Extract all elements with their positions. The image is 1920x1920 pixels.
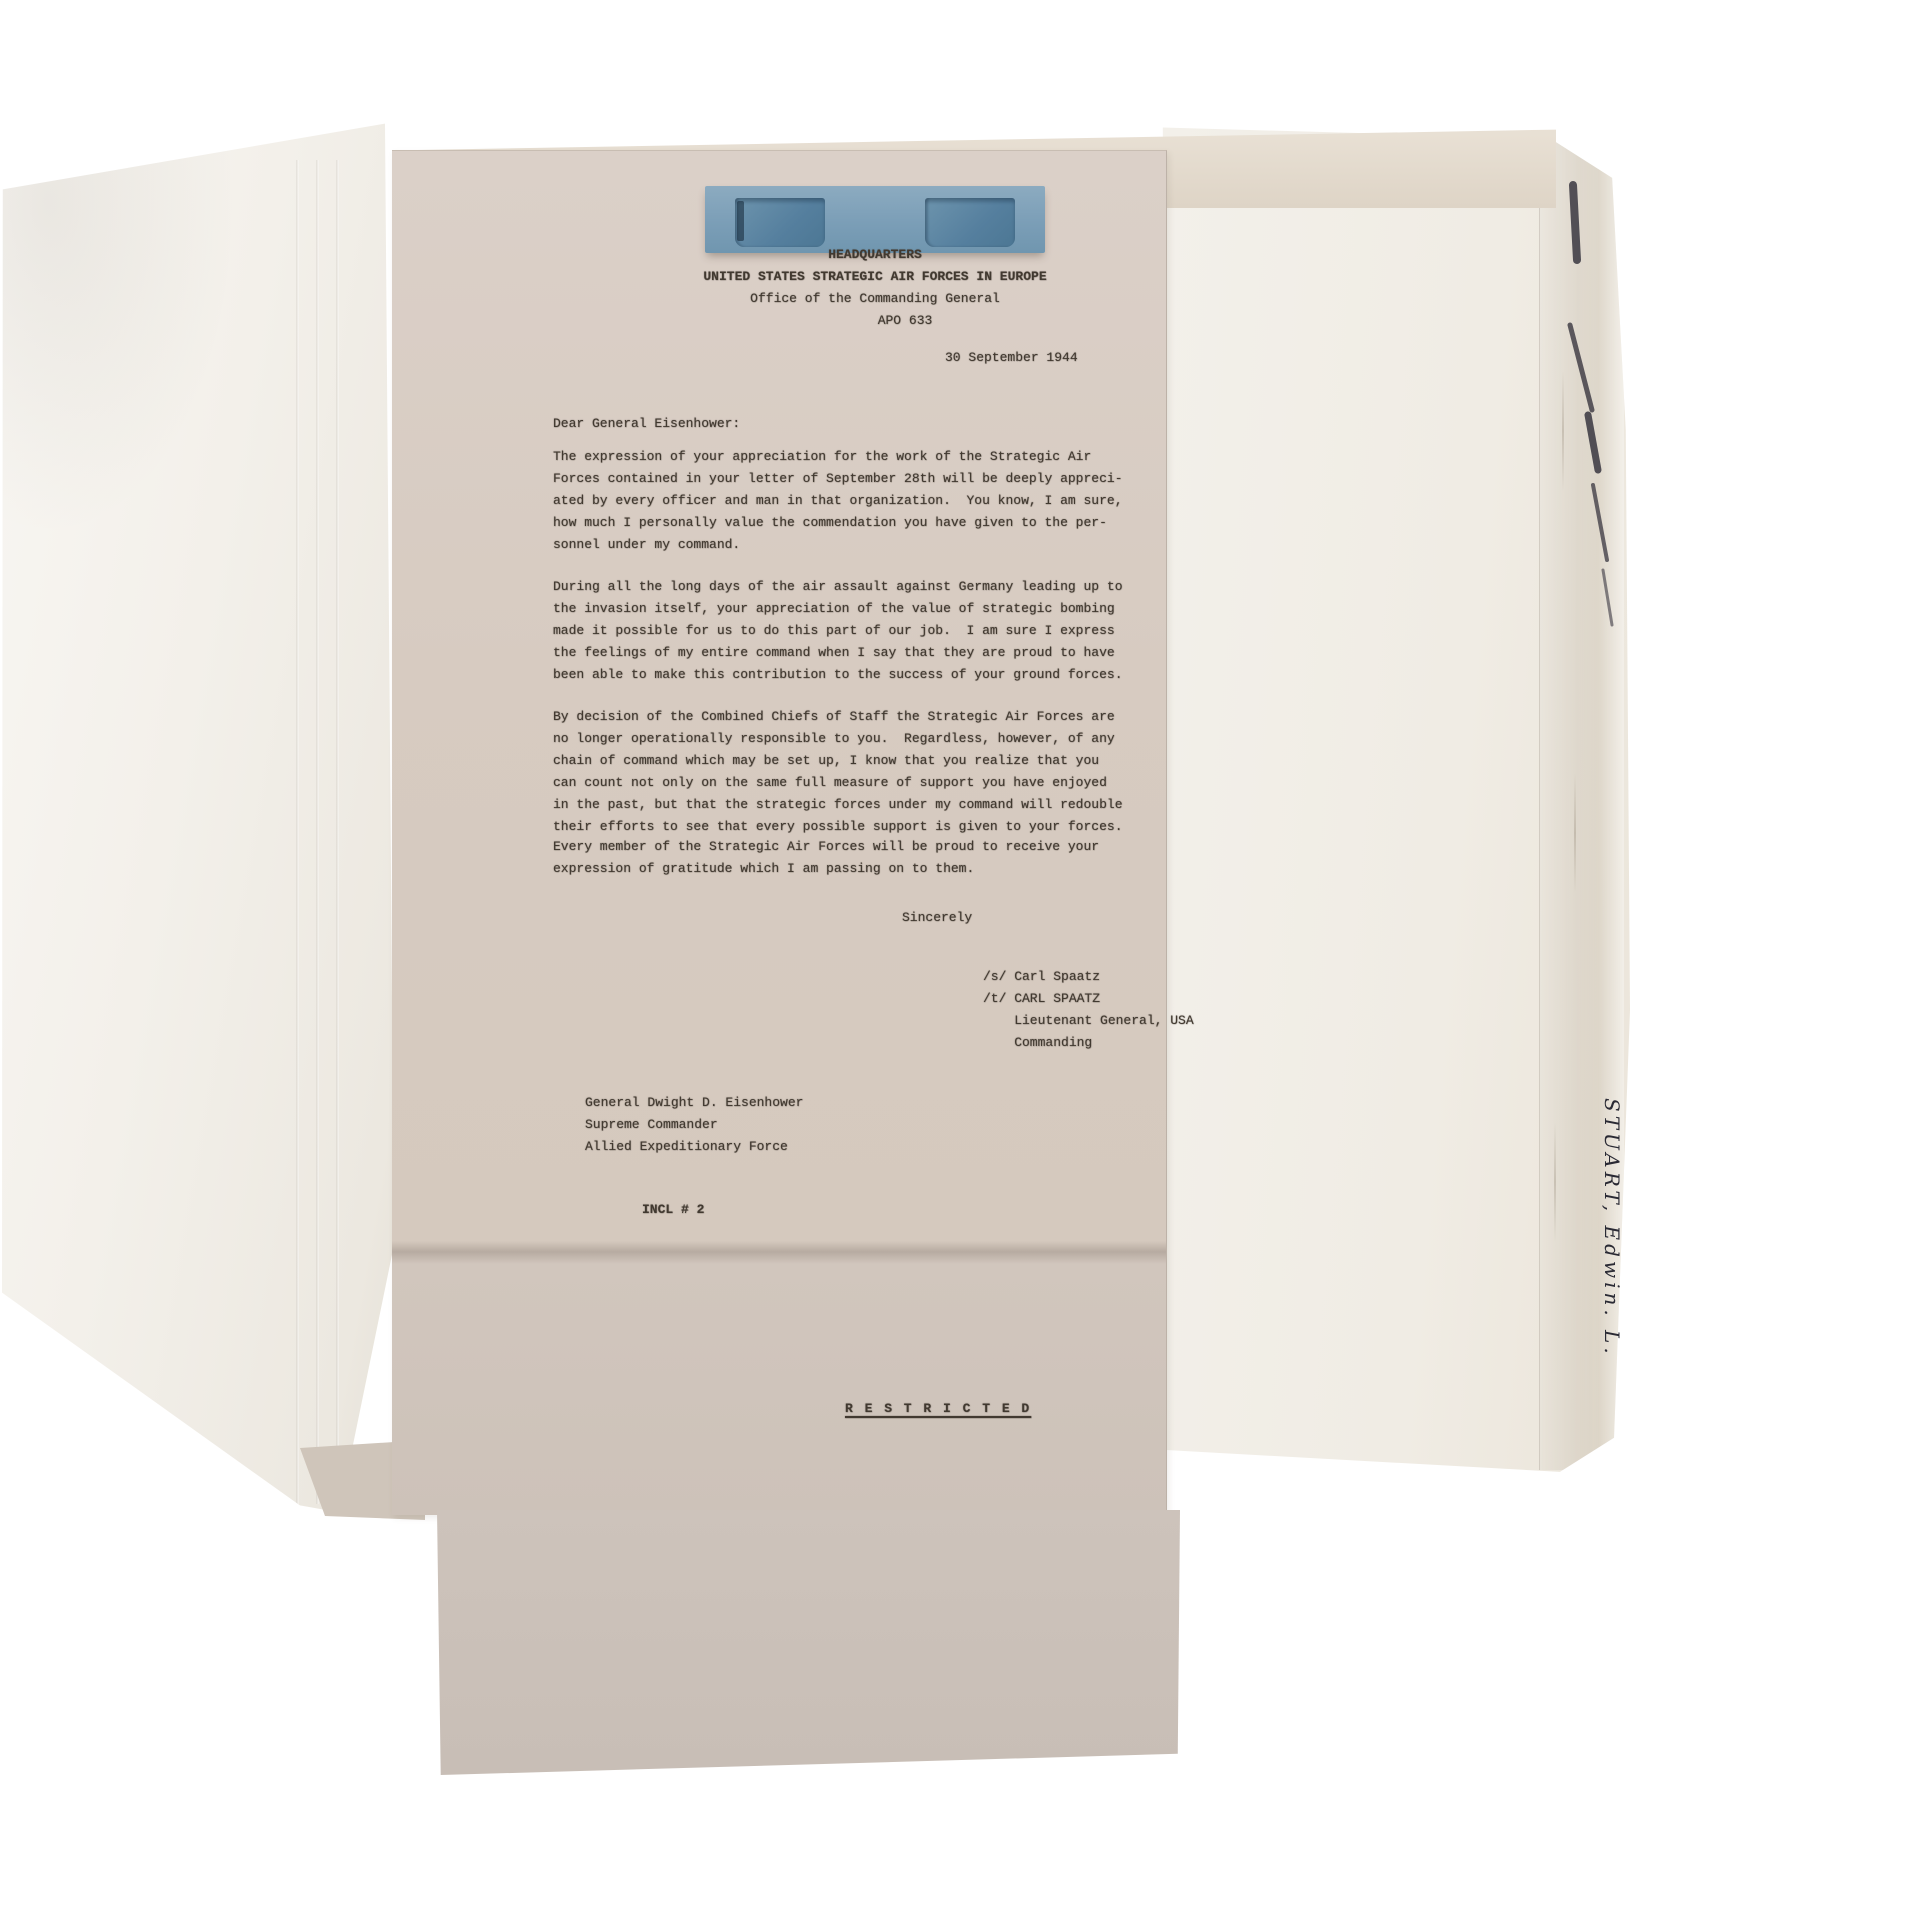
body-paragraph: Every member of the Strategic Air Forces… xyxy=(553,836,1099,880)
document-photo: STUART, Edwin. L. HEADQUARTERS UNITED ST… xyxy=(0,0,1920,1920)
enclosure-note: INCL # 2 xyxy=(642,1199,704,1221)
letterhead-line-2: UNITED STATES STRATEGIC AIR FORCES IN EU… xyxy=(575,266,1175,288)
salutation: Dear General Eisenhower: xyxy=(553,413,740,435)
crinkle-line xyxy=(1554,1122,1556,1242)
folder-left-flap xyxy=(2,118,394,1518)
letterhead-line-3: Office of the Commanding General xyxy=(575,288,1175,310)
letterhead-line-4: APO 633 xyxy=(605,310,1205,332)
body-paragraph: During all the long days of the air assa… xyxy=(553,576,1123,686)
fastener-prong xyxy=(925,198,1015,247)
handwritten-name: STUART, Edwin. L. xyxy=(1600,1098,1624,1358)
paper-fastener xyxy=(705,186,1045,253)
letter-page-bottom xyxy=(437,1510,1180,1775)
fold-crease xyxy=(316,160,319,1504)
flap-shading xyxy=(2,118,237,538)
addressee-block: General Dwight D. Eisenhower Supreme Com… xyxy=(585,1092,803,1158)
fold-crease xyxy=(336,160,339,1504)
signature-block: /s/ Carl Spaatz /t/ CARL SPAATZ Lieutena… xyxy=(983,966,1194,1054)
body-paragraph: The expression of your appreciation for … xyxy=(553,446,1123,556)
crinkle-line xyxy=(1574,773,1576,893)
fold-crease xyxy=(296,160,299,1504)
body-paragraph: By decision of the Combined Chiefs of St… xyxy=(553,706,1123,838)
closing: Sincerely xyxy=(902,907,972,929)
letterhead-line-1: HEADQUARTERS xyxy=(575,244,1175,266)
classification-stamp: R E S T R I C T E D xyxy=(845,1398,1031,1420)
illegible-ink-marks xyxy=(1555,170,1625,640)
date-line: 30 September 1944 xyxy=(945,347,1078,369)
fastener-prong xyxy=(735,198,825,247)
